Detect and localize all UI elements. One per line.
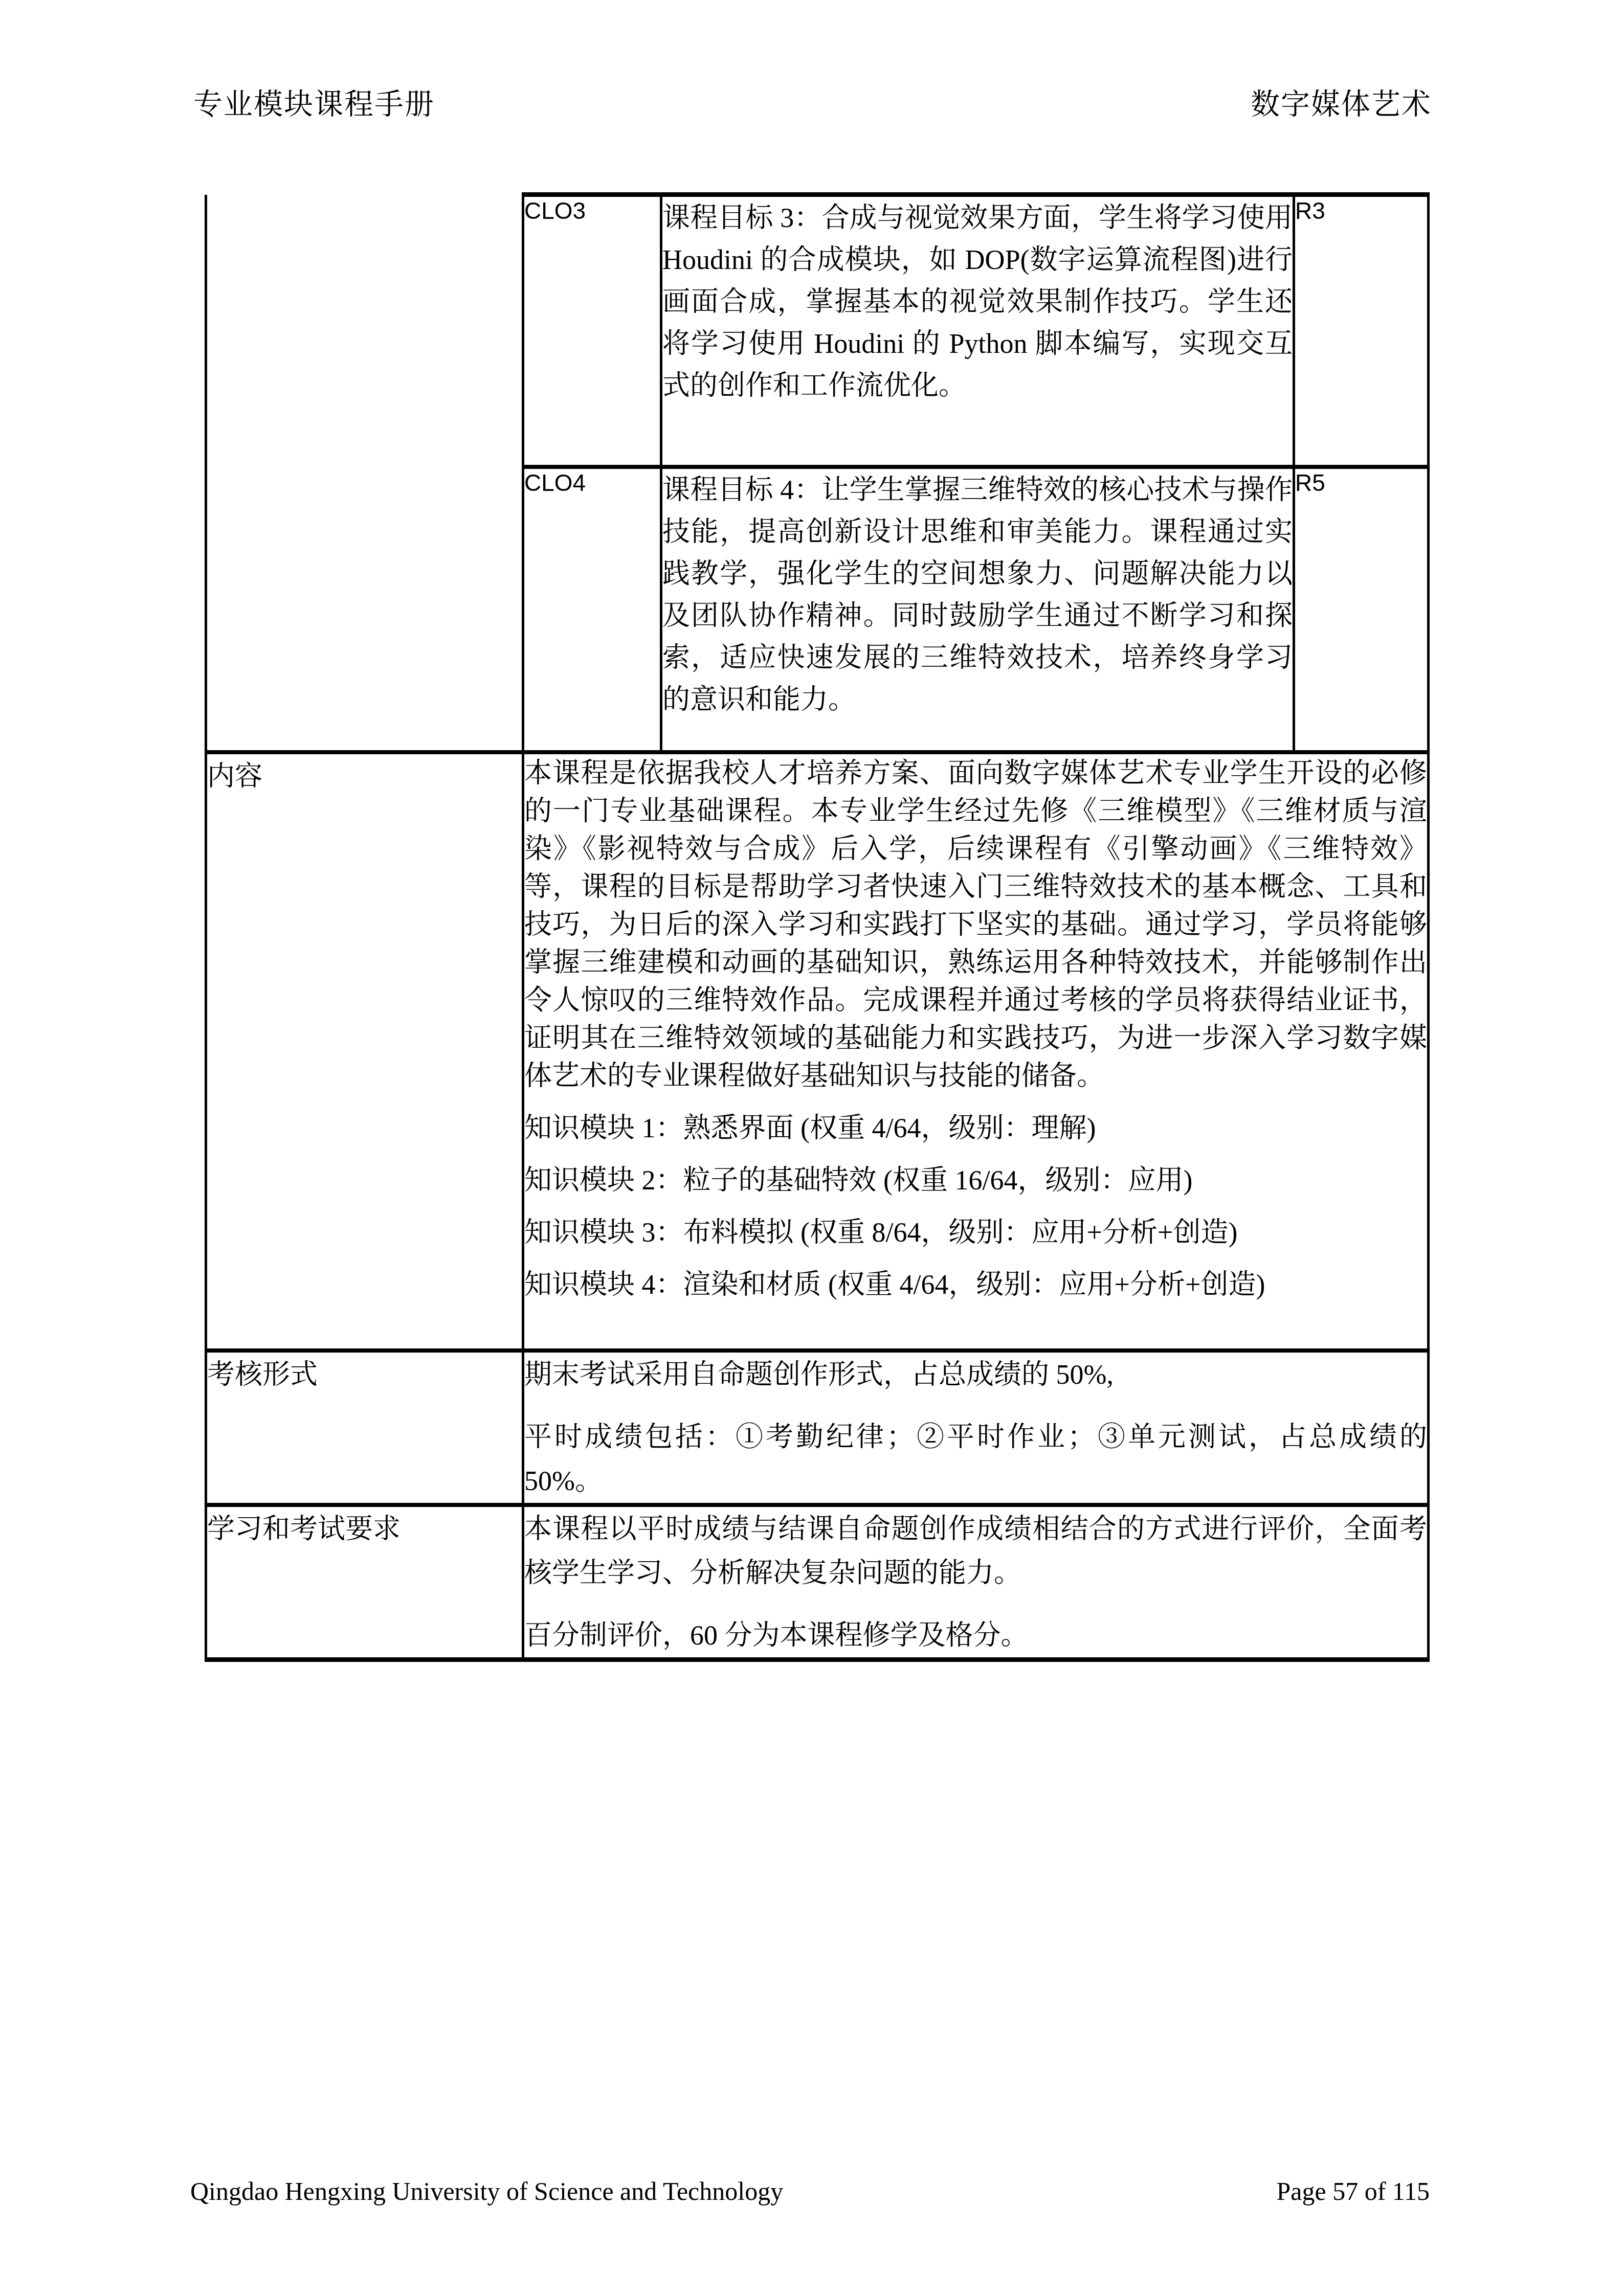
requirements-paragraph-1: 本课程以平时成绩与结课自命题创作成绩相结合的方式进行评价，全面考核学生学习、分析… — [524, 1507, 1427, 1595]
footer-page-number: Page 57 of 115 — [1277, 2176, 1430, 2206]
assessment-paragraph-1: 期末考试采用自命题创作形式，占总成绩的 50%, — [524, 1353, 1427, 1397]
content-cell: 本课程是依据我校人才培养方案、面向数字媒体艺术专业学生开设的必修的一门专业基础课… — [523, 752, 1429, 1350]
knowledge-module-2: 知识模块 2：粒子的基础特效 (权重 16/64，级别：应用) — [524, 1161, 1427, 1199]
requirements-paragraph-2: 百分制评价，60 分为本课程修学及格分。 — [524, 1613, 1427, 1657]
row-label-continuation-cell — [206, 195, 523, 752]
requirements-row-label: 学习和考试要求 — [206, 1505, 523, 1660]
clo3-id-cell: CLO3 — [523, 195, 661, 467]
footer-institution: Qingdao Hengxing University of Science a… — [190, 2176, 783, 2206]
clo4-mapping-cell: R5 — [1294, 467, 1429, 752]
clo4-id-cell: CLO4 — [523, 467, 661, 752]
assessment-row-label: 考核形式 — [206, 1350, 523, 1505]
assessment-cell: 期末考试采用自命题创作形式，占总成绩的 50%, 平时成绩包括：①考勤纪律；②平… — [523, 1350, 1429, 1505]
assessment-row: 考核形式 期末考试采用自命题创作形式，占总成绩的 50%, 平时成绩包括：①考勤… — [206, 1350, 1429, 1505]
header-right-title: 数字媒体艺术 — [1251, 81, 1432, 123]
knowledge-module-1: 知识模块 1：熟悉界面 (权重 4/64，级别：理解) — [524, 1109, 1427, 1147]
requirements-cell: 本课程以平时成绩与结课自命题创作成绩相结合的方式进行评价，全面考核学生学习、分析… — [523, 1505, 1429, 1660]
knowledge-module-4: 知识模块 4：渲染和材质 (权重 4/64，级别：应用+分析+创造) — [524, 1266, 1427, 1303]
header-left-title: 专业模块课程手册 — [193, 81, 435, 123]
document-page: 专业模块课程手册 数字媒体艺术 CLO3 课程目标 3：合成与视觉效果方面，学生… — [0, 0, 1624, 2296]
clo3-mapping-cell: R3 — [1294, 195, 1429, 467]
course-info-table: CLO3 课程目标 3：合成与视觉效果方面，学生将学习使用 Houdini 的合… — [205, 192, 1430, 1662]
content-row-label: 内容 — [206, 752, 523, 1350]
clo4-description-cell: 课程目标 4：让学生掌握三维特效的核心技术与操作技能，提高创新设计思维和审美能力… — [661, 467, 1294, 752]
clo3-description-cell: 课程目标 3：合成与视觉效果方面，学生将学习使用 Houdini 的合成模块，如… — [661, 195, 1294, 467]
content-row: 内容 本课程是依据我校人才培养方案、面向数字媒体艺术专业学生开设的必修的一门专业… — [206, 752, 1429, 1350]
page-footer: Qingdao Hengxing University of Science a… — [190, 2176, 1430, 2206]
page-header: 专业模块课程手册 数字媒体艺术 — [193, 81, 1432, 123]
content-paragraph: 本课程是依据我校人才培养方案、面向数字媒体艺术专业学生开设的必修的一门专业基础课… — [524, 754, 1427, 1095]
requirements-row: 学习和考试要求 本课程以平时成绩与结课自命题创作成绩相结合的方式进行评价，全面考… — [206, 1505, 1429, 1660]
knowledge-module-3: 知识模块 3：布料模拟 (权重 8/64，级别：应用+分析+创造) — [524, 1213, 1427, 1251]
assessment-paragraph-2: 平时成绩包括：①考勤纪律；②平时作业；③单元测试，占总成绩的 50%。 — [524, 1415, 1427, 1503]
clo3-row: CLO3 课程目标 3：合成与视觉效果方面，学生将学习使用 Houdini 的合… — [206, 195, 1429, 467]
